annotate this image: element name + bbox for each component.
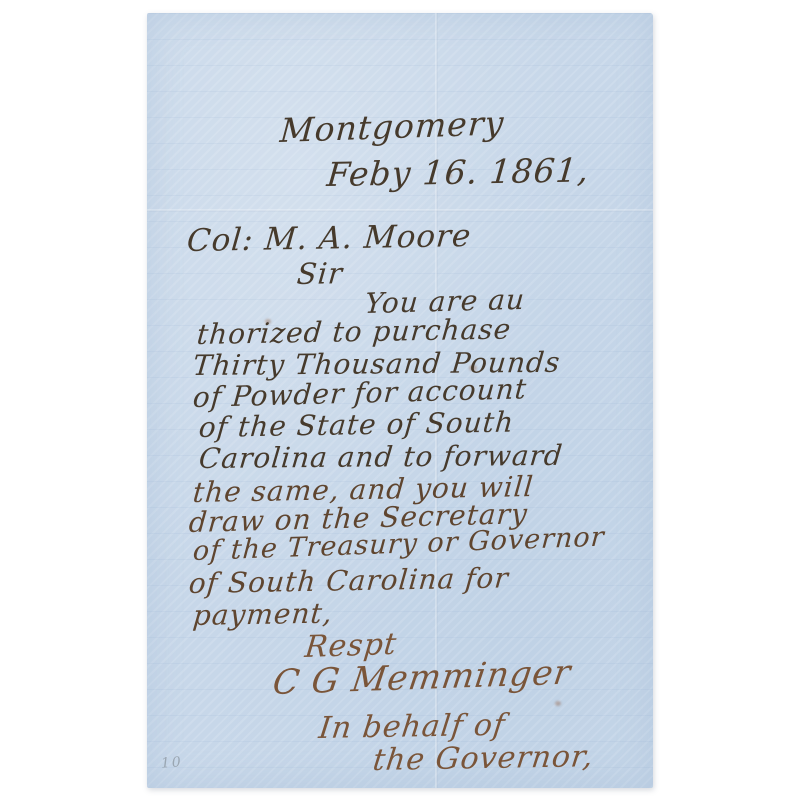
letter-body-line: thorized to purchase	[196, 312, 513, 351]
scanned-letter-photo: Montgomery Feby 16. 1861, Col: M. A. Moo…	[0, 0, 800, 800]
horizontal-fold-crease	[147, 209, 653, 212]
letter-signature-capacity-line: the Governor,	[371, 739, 596, 778]
letter-place-line: Montgomery	[279, 103, 506, 150]
letter-body-line: payment,	[192, 597, 335, 632]
letter-recipient-line: Col: M. A. Moore	[185, 218, 472, 259]
letter-date-line: Feby 16. 1861,	[325, 150, 591, 194]
letter-paper: Montgomery Feby 16. 1861, Col: M. A. Moo…	[147, 13, 653, 788]
pencil-number-note: 10	[160, 754, 183, 771]
letter-body-line: of the State of South	[198, 405, 516, 444]
letter-salutation-line: Sir	[296, 256, 345, 291]
letter-body-line: of South Carolina for	[188, 561, 511, 600]
fox-spot	[555, 701, 561, 706]
